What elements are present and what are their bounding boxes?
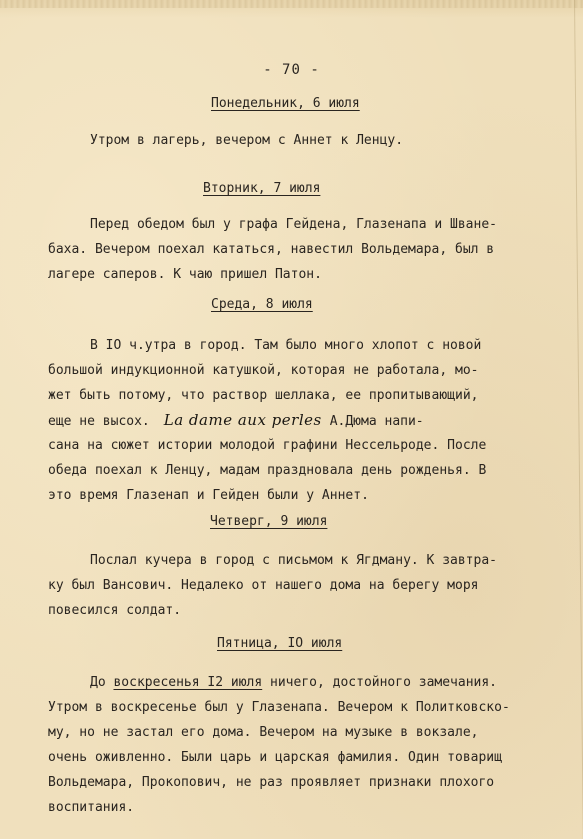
text-line: баха. Вечером поехал кататься, навестил … — [48, 237, 518, 262]
entry-heading-tuesday: Вторник, 7 июля — [203, 181, 320, 196]
handwritten-insertion: La dame aux perles — [164, 411, 322, 429]
text-line: воспитания. — [48, 795, 518, 820]
text-line: Перед обедом был у графа Гейдена, Глазен… — [48, 212, 518, 237]
text-line: му, но не застал его дома. Вечером на му… — [48, 720, 518, 745]
text-line-with-handwriting: еще не высох.La dame aux perlesА.Дюма на… — [48, 408, 518, 433]
paper-top-edge — [0, 0, 583, 8]
entry-heading-wednesday: Среда, 8 июля — [211, 297, 313, 312]
text-line: В IO ч.утра в город. Там было много хлоп… — [48, 333, 518, 358]
typed-text: ничего, достойного замечания. — [270, 675, 497, 690]
entry-body-thursday: Послал кучера в город с письмом к Ягдман… — [48, 548, 518, 623]
underlined-date: воскресенья I2 июля — [113, 675, 262, 690]
typed-text: А.Дюма напи- — [330, 414, 424, 429]
text-line: большой индукционной катушкой, которая н… — [48, 358, 518, 383]
entry-heading-thursday: Четверг, 9 июля — [210, 514, 327, 529]
text-line: Утром в воскресенье был у Глазенапа. Веч… — [48, 695, 518, 720]
text-line: сана на сюжет истории молодой графини Не… — [48, 433, 518, 458]
entry-body-friday: До воскресенья I2 июля ничего, достойног… — [48, 670, 518, 820]
paper-fold-line — [574, 0, 583, 839]
text-line: Послал кучера в город с письмом к Ягдман… — [48, 548, 518, 573]
text-line: очень оживленно. Были царь и царская фам… — [48, 745, 518, 770]
text-line: повесился солдат. — [48, 598, 518, 623]
text-line: жет быть потому, что раствор шеллака, ее… — [48, 383, 518, 408]
typed-text: еще не высох. — [48, 414, 150, 429]
typed-text: До — [90, 675, 106, 690]
text-line: Утром в лагерь, вечером с Аннет к Ленцу. — [48, 128, 518, 153]
text-line: это время Глазенап и Гейден были у Аннет… — [48, 483, 518, 508]
text-line: Вольдемара, Прокопович, не раз проявляет… — [48, 770, 518, 795]
document-page: - 70 - Понедельник, 6 июля Утром в лагер… — [0, 0, 583, 839]
entry-heading-monday: Понедельник, 6 июля — [211, 96, 360, 111]
entry-heading-friday: Пятница, IO июля — [217, 636, 342, 651]
entry-body-tuesday: Перед обедом был у графа Гейдена, Глазен… — [48, 212, 518, 287]
entry-body-wednesday: В IO ч.утра в город. Там было много хлоп… — [48, 333, 518, 508]
entry-body-monday: Утром в лагерь, вечером с Аннет к Ленцу. — [48, 128, 518, 153]
page-number: - 70 - — [0, 62, 583, 78]
text-line: ку был Вансович. Недалеко от нашего дома… — [48, 573, 518, 598]
text-line: лагере саперов. К чаю пришел Патон. — [48, 262, 518, 287]
text-line: До воскресенья I2 июля ничего, достойног… — [48, 670, 518, 695]
text-line: обеда поехал к Ленцу, мадам праздновала … — [48, 458, 518, 483]
